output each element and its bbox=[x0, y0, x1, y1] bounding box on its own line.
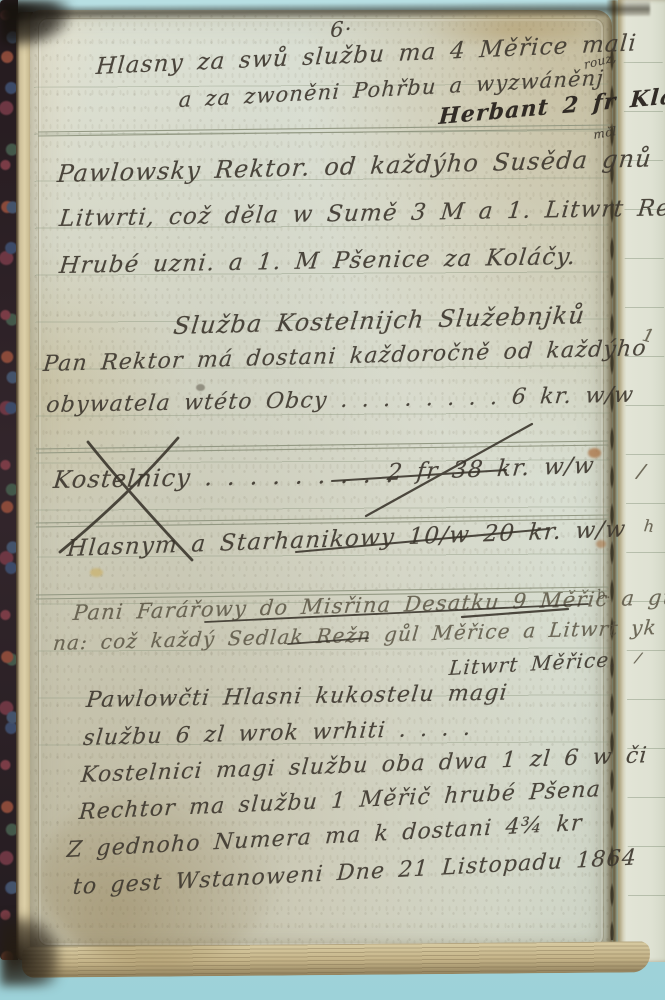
edge-mark: h bbox=[643, 516, 656, 536]
cover-corner-shadow-bottom bbox=[0, 916, 60, 986]
adjacent-page-ruling bbox=[624, 62, 665, 942]
edge-mark: b. bbox=[596, 587, 611, 603]
gutter-speckles bbox=[609, 40, 615, 940]
page-stack-bottom-edge bbox=[22, 941, 650, 977]
page-number: 6· bbox=[330, 17, 353, 42]
cover-corner-shadow-top bbox=[0, 0, 72, 48]
photograph-of-manuscript: 6· Hlasny za swů službu ma 4 Měřice mali… bbox=[0, 0, 665, 1000]
